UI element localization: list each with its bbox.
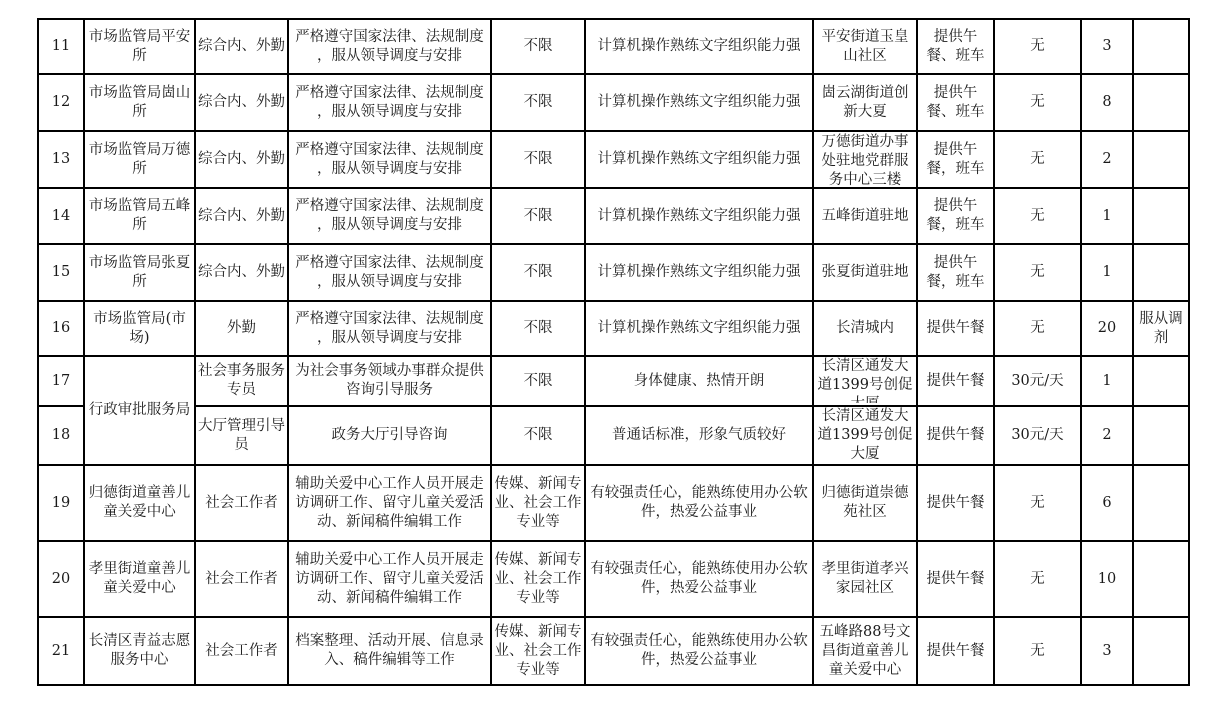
location-cell: 孝里街道孝兴家园社区 — [813, 541, 917, 617]
subsidy-cell: 无 — [994, 19, 1081, 74]
count-cell: 1 — [1081, 188, 1133, 244]
duty-cell: 辅助关爱中心工作人员开展走访调研工作、留守儿童关爱活动、新闻稿件编辑工作 — [288, 541, 491, 617]
table-row: 13 市场监管局万德所 综合内、外勤 严格遵守国家法律、法规制度 ，服从领导调度… — [38, 131, 1189, 188]
table-row: 15 市场监管局张夏所 综合内、外勤 严格遵守国家法律、法规制度 ，服从领导调度… — [38, 244, 1189, 301]
subsidy-cell: 无 — [994, 74, 1081, 131]
position-cell: 社会工作者 — [195, 465, 288, 541]
row-number: 17 — [38, 356, 84, 406]
duty-cell: 档案整理、活动开展、信息录入、稿件编辑等工作 — [288, 617, 491, 685]
subsidy-cell: 无 — [994, 465, 1081, 541]
benefit-cell: 提供午餐 — [917, 541, 994, 617]
duty-cell: 严格遵守国家法律、法规制度 ，服从领导调度与安排 — [288, 74, 491, 131]
duty-cell: 严格遵守国家法律、法规制度 ，服从领导调度与安排 — [288, 131, 491, 188]
location-cell: 归德街道崇德苑社区 — [813, 465, 917, 541]
note-cell — [1133, 617, 1189, 685]
requirement-cell: 计算机操作熟练文字组织能力强 — [585, 301, 813, 356]
note-cell — [1133, 244, 1189, 301]
benefit-cell: 提供午餐 — [917, 617, 994, 685]
major-cell: 不限 — [491, 244, 585, 301]
position-cell: 综合内、外勤 — [195, 74, 288, 131]
row-number: 19 — [38, 465, 84, 541]
position-cell: 综合内、外勤 — [195, 188, 288, 244]
note-cell — [1133, 74, 1189, 131]
note-cell — [1133, 465, 1189, 541]
unit-cell: 长清区青益志愿服务中心 — [84, 617, 195, 685]
location-cell: 万德街道办事处驻地党群服务中心三楼 — [813, 131, 917, 188]
row-number: 16 — [38, 301, 84, 356]
count-cell: 2 — [1081, 131, 1133, 188]
duty-cell: 严格遵守国家法律、法规制度 ，服从领导调度与安排 — [288, 19, 491, 74]
benefit-cell: 提供午餐 — [917, 406, 994, 465]
note-cell: 服从调剂 — [1133, 301, 1189, 356]
benefit-cell: 提供午餐、班车 — [917, 19, 994, 74]
row-number: 13 — [38, 131, 84, 188]
job-positions-table: 11 市场监管局平安所 综合内、外勤 严格遵守国家法律、法规制度 ，服从领导调度… — [37, 18, 1190, 686]
unit-cell: 市场监管局五峰所 — [84, 188, 195, 244]
location-cell: 张夏街道驻地 — [813, 244, 917, 301]
table-row: 11 市场监管局平安所 综合内、外勤 严格遵守国家法律、法规制度 ，服从领导调度… — [38, 19, 1189, 74]
major-cell: 不限 — [491, 74, 585, 131]
requirement-cell: 计算机操作熟练文字组织能力强 — [585, 74, 813, 131]
note-cell — [1133, 356, 1189, 406]
table-row: 12 市场监管局崮山所 综合内、外勤 严格遵守国家法律、法规制度 ，服从领导调度… — [38, 74, 1189, 131]
position-cell: 社会事务服务专员 — [195, 356, 288, 406]
unit-cell: 归德街道童善儿童关爱中心 — [84, 465, 195, 541]
subsidy-cell: 无 — [994, 131, 1081, 188]
count-cell: 3 — [1081, 19, 1133, 74]
unit-cell: 市场监管局崮山所 — [84, 74, 195, 131]
row-number: 14 — [38, 188, 84, 244]
requirement-cell: 身体健康、热情开朗 — [585, 356, 813, 406]
duty-cell: 严格遵守国家法律、法规制度 ，服从领导调度与安排 — [288, 244, 491, 301]
location-cell: 长清区通发大道1399号创促大厦 — [813, 356, 917, 406]
subsidy-cell: 无 — [994, 188, 1081, 244]
unit-cell: 市场监管局(市场) — [84, 301, 195, 356]
table-row: 19 归德街道童善儿童关爱中心 社会工作者 辅助关爱中心工作人员开展走访调研工作… — [38, 465, 1189, 541]
location-text: 长清区通发大道1399号创促大厦 — [816, 357, 914, 403]
note-cell — [1133, 406, 1189, 465]
position-cell: 大厅管理引导员 — [195, 406, 288, 465]
position-cell: 社会工作者 — [195, 541, 288, 617]
major-cell: 传媒、新闻专业、社会工作专业等 — [491, 617, 585, 685]
duty-cell: 严格遵守国家法律、法规制度 ，服从领导调度与安排 — [288, 301, 491, 356]
subsidy-cell: 无 — [994, 301, 1081, 356]
location-text: 万德街道办事处驻地党群服务中心三楼 — [816, 133, 914, 187]
subsidy-cell: 30元/天 — [994, 356, 1081, 406]
subsidy-cell: 无 — [994, 541, 1081, 617]
duty-cell: 为社会事务领域办事群众提供咨询引导服务 — [288, 356, 491, 406]
benefit-cell: 提供午餐 — [917, 465, 994, 541]
position-cell: 社会工作者 — [195, 617, 288, 685]
location-cell: 平安街道玉皇山社区 — [813, 19, 917, 74]
location-cell: 崮云湖街道创新大夏 — [813, 74, 917, 131]
unit-cell: 市场监管局万德所 — [84, 131, 195, 188]
count-cell: 20 — [1081, 301, 1133, 356]
requirement-cell: 普通话标准，形象气质较好 — [585, 406, 813, 465]
position-cell: 综合内、外勤 — [195, 244, 288, 301]
unit-cell: 市场监管局平安所 — [84, 19, 195, 74]
subsidy-cell: 无 — [994, 244, 1081, 301]
location-cell: 五峰路88号文昌街道童善儿童关爱中心 — [813, 617, 917, 685]
table-row: 16 市场监管局(市场) 外勤 严格遵守国家法律、法规制度 ，服从领导调度与安排… — [38, 301, 1189, 356]
row-number: 11 — [38, 19, 84, 74]
row-number: 12 — [38, 74, 84, 131]
note-cell — [1133, 131, 1189, 188]
benefit-cell: 提供午餐，班车 — [917, 244, 994, 301]
location-cell: 长清区通发大道1399号创促大厦 — [813, 406, 917, 465]
location-cell: 五峰街道驻地 — [813, 188, 917, 244]
major-cell: 不限 — [491, 356, 585, 406]
benefit-cell: 提供午餐、班车 — [917, 74, 994, 131]
major-cell: 不限 — [491, 19, 585, 74]
benefit-cell: 提供午餐，班车 — [917, 188, 994, 244]
benefit-cell: 提供午餐，班车 — [917, 131, 994, 188]
row-number: 20 — [38, 541, 84, 617]
position-cell: 外勤 — [195, 301, 288, 356]
benefit-cell: 提供午餐 — [917, 356, 994, 406]
count-cell: 1 — [1081, 356, 1133, 406]
count-cell: 6 — [1081, 465, 1133, 541]
position-cell: 综合内、外勤 — [195, 131, 288, 188]
subsidy-cell: 无 — [994, 617, 1081, 685]
count-cell: 2 — [1081, 406, 1133, 465]
duty-cell: 辅助关爱中心工作人员开展走访调研工作、留守儿童关爱活动、新闻稿件编辑工作 — [288, 465, 491, 541]
major-cell: 不限 — [491, 406, 585, 465]
count-cell: 8 — [1081, 74, 1133, 131]
requirement-cell: 计算机操作熟练文字组织能力强 — [585, 188, 813, 244]
row-number: 21 — [38, 617, 84, 685]
requirement-cell: 有较强责任心，能熟练使用办公软件，热爱公益事业 — [585, 541, 813, 617]
duty-cell: 严格遵守国家法律、法规制度 ，服从领导调度与安排 — [288, 188, 491, 244]
note-cell — [1133, 188, 1189, 244]
table-row: 14 市场监管局五峰所 综合内、外勤 严格遵守国家法律、法规制度 ，服从领导调度… — [38, 188, 1189, 244]
major-cell: 不限 — [491, 301, 585, 356]
subsidy-cell: 30元/天 — [994, 406, 1081, 465]
major-cell: 传媒、新闻专业、社会工作专业等 — [491, 541, 585, 617]
requirement-cell: 计算机操作熟练文字组织能力强 — [585, 244, 813, 301]
location-cell: 长清城内 — [813, 301, 917, 356]
position-cell: 综合内、外勤 — [195, 19, 288, 74]
major-cell: 不限 — [491, 188, 585, 244]
unit-cell: 孝里街道童善儿童关爱中心 — [84, 541, 195, 617]
benefit-cell: 提供午餐 — [917, 301, 994, 356]
duty-cell: 政务大厅引导咨询 — [288, 406, 491, 465]
count-cell: 10 — [1081, 541, 1133, 617]
requirement-cell: 有较强责任心，能熟练使用办公软件，热爱公益事业 — [585, 465, 813, 541]
table-row: 18 大厅管理引导员 政务大厅引导咨询 不限 普通话标准，形象气质较好 长清区通… — [38, 406, 1189, 465]
table-row: 20 孝里街道童善儿童关爱中心 社会工作者 辅助关爱中心工作人员开展走访调研工作… — [38, 541, 1189, 617]
unit-cell: 市场监管局张夏所 — [84, 244, 195, 301]
unit-cell: 行政审批服务局 — [84, 356, 195, 465]
count-cell: 1 — [1081, 244, 1133, 301]
major-cell: 不限 — [491, 131, 585, 188]
table-row: 17 行政审批服务局 社会事务服务专员 为社会事务领域办事群众提供咨询引导服务 … — [38, 356, 1189, 406]
note-cell — [1133, 19, 1189, 74]
count-cell: 3 — [1081, 617, 1133, 685]
row-number: 18 — [38, 406, 84, 465]
table-row: 21 长清区青益志愿服务中心 社会工作者 档案整理、活动开展、信息录入、稿件编辑… — [38, 617, 1189, 685]
major-cell: 传媒、新闻专业、社会工作专业等 — [491, 465, 585, 541]
requirement-cell: 计算机操作熟练文字组织能力强 — [585, 19, 813, 74]
note-cell — [1133, 541, 1189, 617]
requirement-cell: 计算机操作熟练文字组织能力强 — [585, 131, 813, 188]
row-number: 15 — [38, 244, 84, 301]
requirement-cell: 有较强责任心，能熟练使用办公软件，热爱公益事业 — [585, 617, 813, 685]
